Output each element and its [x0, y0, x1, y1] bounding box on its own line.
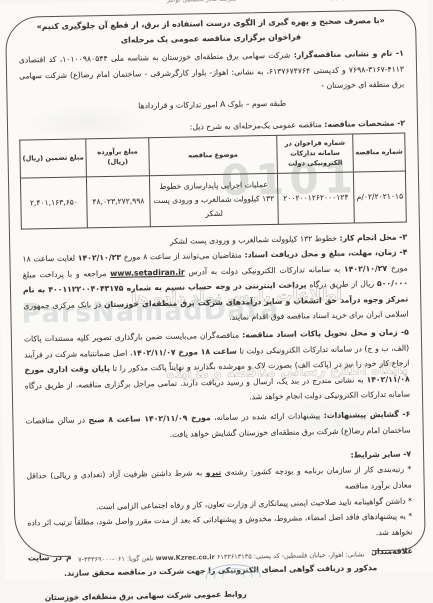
- text-run: تلفن گویا: ۰۶۱-۳۳۳۶۹۰۰۰-۷: [78, 554, 156, 563]
- text-run: * به پیشنهادهای فاقد اصل امضاء، مشروط، م…: [27, 512, 412, 537]
- text-run: ۱- نام و نشانی مناقصه‌گزار:: [290, 49, 404, 60]
- text-run: ۱۴۰۲/۱۰/۲۳: [78, 253, 121, 263]
- section-4-document-purchase: ۴- زمان، مهلت، مبلغ و محل دریافت اسناد: …: [22, 244, 408, 329]
- text-run: متقاضیان می‌توانند از ساعت ۸ مورخ: [121, 251, 242, 262]
- col-header-tender-number: شماره مناقصه: [353, 133, 406, 172]
- cell-tender-number: م/۰۲/۲۰۲۱۰۱۵: [353, 171, 406, 223]
- cell-setad-call-number: ۲۰۰۲۰۰۱۲۶۲۰۰۰۱۲۴: [277, 172, 354, 225]
- text-run: به نشانی مندرج در بند یک، ارسال و رسید د…: [25, 375, 410, 402]
- cell-estimate-amount: ۴۸,۰۲۳,۲۷۲,۹۹۸: [86, 175, 150, 227]
- text-run: به سامانه تدارکات الکترونیکی دولت به آدر…: [184, 264, 344, 276]
- tender-table-row: م/۰۲/۲۰۲۱۰۱۵ ۲۰۰۲۰۰۱۲۶۲۰۰۰۱۲۴ عملیات اجر…: [20, 171, 406, 229]
- text-run: ۲- مشخصات مناقصه:: [322, 118, 406, 129]
- text-run: پیشنهادات ارائه شده در سامانه،: [211, 411, 321, 422]
- text-run: نشانی: اهواز، خیابان فلسطین- کد پستی: ۶۱…: [215, 550, 365, 561]
- section-1-bidder-address: ۱- نام و نشانی مناقصه‌گزار: شرکت سهامی ب…: [19, 46, 405, 100]
- text-run: نیرو: [206, 468, 222, 477]
- text-run: ۱۴۰۲/۱۰/۲۷: [344, 263, 387, 273]
- section-6-bid-opening: ۶- گشایش پیشنهادات: پیشنهادات ارائه شده …: [25, 406, 411, 444]
- text-run: ۶- گشایش پیشنهادات:: [320, 409, 410, 420]
- parent-company-label: شرکت مادر تخصصی توانیر: [167, 0, 237, 4]
- text-run: ۳- محل انجام کار:: [337, 232, 407, 242]
- cell-guarantee-amount: ۲,۴۰۱,۱۶۳,۶۵۰: [20, 177, 87, 229]
- col-header-guarantee-amount: مبلغ تضمین (ریال): [20, 139, 87, 178]
- text-run: خطوط ۱۳۲ کیلوولت شمالغرب و ورودی پست لشک…: [170, 234, 337, 246]
- text-run: ۵۰۰/۰۰۰: [377, 279, 408, 289]
- text-run: ۴- زمان، مهلت، مبلغ و محل دریافت اسناد:: [242, 247, 408, 259]
- col-header-setad-call-number: شماره فراخوان در سامانه تدارکات الکترونی…: [277, 134, 354, 173]
- text-run: ۷- سایر شرایط:: [350, 450, 411, 460]
- cell-subject: عملیات اجرایی پایدارسازی خطوط ۱۳۲ کیلوول…: [149, 173, 278, 226]
- text-run: مراجعه و با پرداخت مبلغ: [23, 269, 111, 280]
- announcement-border-frame: 0101 اطلاعات پارس نماد داده ها ParsNamad…: [5, 9, 426, 557]
- text-run: * رتبه‌بندی کار از سازمان برنامه و بودجه…: [221, 465, 411, 477]
- scanned-tender-document: شرکت مادر تخصصی توانیر استانهای خوزستان …: [0, 0, 433, 576]
- text-run: مورخ ۱۴۰۲/۱۱/۰۹ ساعت ۸ صبح: [88, 413, 210, 424]
- text-run: ریال از طریق درگاه: [306, 279, 377, 289]
- document-content: «با مصرف صحیح و بهره گیری از الگوی درست …: [18, 15, 414, 576]
- col-header-estimate-amount: مبلغ برآورده (ریال): [86, 138, 150, 177]
- tender-table: شماره مناقصه شماره فراخوان در سامانه تدا…: [19, 133, 407, 230]
- text-run: ساعت ۱۸ مورخ ۱۴۰۲/۱۱/۰۷: [132, 346, 237, 357]
- text-run: ۵- زمان و محل تحویل پاکات اسناد مناقصه:: [239, 327, 409, 339]
- text-run: مناقصه عمومی یک‌مرحله‌ای به شرح ذیل:: [190, 120, 322, 131]
- text-run: www.setadiran.ir: [110, 267, 184, 277]
- kzrec-logo-icon: [204, 562, 262, 576]
- provinces-label: استانهای خوزستان و کهگیلویه و بویراحمد: [319, 0, 424, 1]
- col-header-subject: موضوع مناقصه: [149, 135, 278, 175]
- text-run: www.Kzrec.co.ir: [156, 553, 215, 562]
- section-5-envelope-delivery: ۵- زمان و محل تحویل پاکات اسناد مناقصه: …: [24, 324, 410, 409]
- text-run: طبقه سوم – بلوک A امور تدارکات و قرارداد…: [138, 98, 286, 110]
